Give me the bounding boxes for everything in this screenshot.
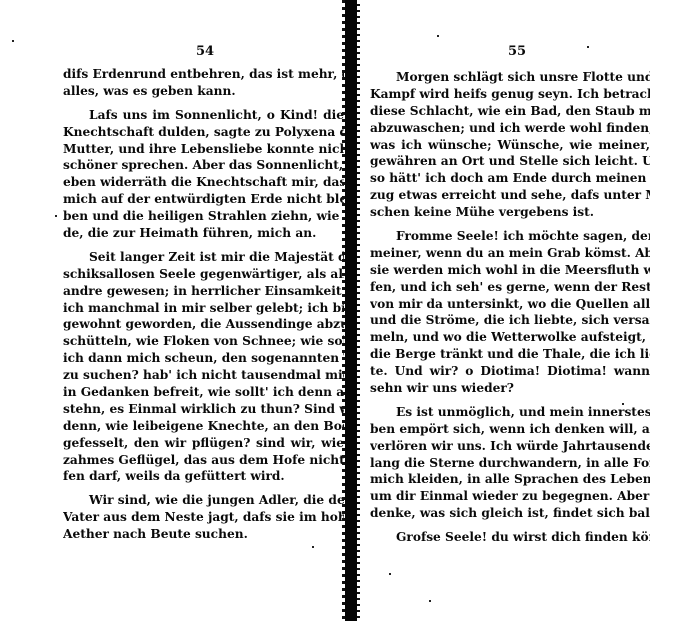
scan-speck	[587, 46, 589, 48]
text-line: so hätt' ich doch am Ende durch meinen F…	[370, 170, 650, 187]
text-line: verlören wir uns. Ich würde Jahrtausende	[370, 438, 650, 455]
left-page-text: difs Erdenrund entbehren, das ist mehr, …	[63, 66, 344, 550]
text-line: in Gedanken befreit, wie sollt' ich denn…	[63, 384, 344, 401]
paragraph: Seit langer Zeit ist mir die Majestät de…	[63, 249, 344, 485]
text-line: lang die Sterne durchwandern, in alle Fo…	[370, 455, 650, 472]
text-line: alles, was es geben kann.	[63, 83, 344, 100]
text-line: eben widerräth die Knechtschaft mir, das…	[63, 174, 344, 191]
text-line: Wir sind, wie die jungen Adler, die der	[63, 492, 344, 509]
text-line: sehn wir uns wieder?	[370, 380, 650, 397]
text-line: Es ist unmöglich, und mein innerstes Le-	[370, 404, 650, 421]
text-line: Fromme Seele! ich möchte sagen, denke	[370, 228, 650, 245]
text-line: Seit langer Zeit ist mir die Majestät de…	[63, 249, 344, 266]
text-line: meln, und wo die Wetterwolke aufsteigt, …	[370, 329, 650, 346]
text-line: ben und die heiligen Strahlen ziehn, wie…	[63, 208, 344, 225]
text-line: denke, was sich gleich ist, findet sich …	[370, 505, 650, 522]
text-line: die Berge tränkt und die Thale, die ich …	[370, 346, 650, 363]
text-line: fen, und ich seh' es gerne, wenn der Res…	[370, 279, 650, 296]
text-line: gewähren an Ort und Stelle sich leicht. …	[370, 153, 650, 170]
scan-speck	[437, 35, 439, 37]
text-line: schen keine Mühe vergebens ist.	[370, 204, 650, 221]
text-line: von mir da untersinkt, wo die Quellen al…	[370, 296, 650, 313]
text-line: Aether nach Beute suchen.	[63, 526, 344, 543]
text-line: ich dann mich scheun, den sogenannten To…	[63, 350, 344, 367]
text-line: zahmes Geflügel, das aus dem Hofe nicht …	[63, 452, 344, 469]
scan-speck	[622, 403, 624, 405]
scan-speck	[55, 215, 57, 217]
text-line: Morgen schlägt sich unsre Flotte und der	[370, 69, 650, 86]
text-line: was ich wünsche; Wünsche, wie meiner,	[370, 137, 650, 154]
book-spread: 54 difs Erdenrund entbehren, das ist meh…	[0, 0, 698, 621]
text-line: zug etwas erreicht und sehe, dafs unter …	[370, 187, 650, 204]
text-line: schöner sprechen. Aber das Sonnenlicht, …	[63, 157, 344, 174]
paragraph: Es ist unmöglich, und mein innerstes Le-…	[370, 404, 650, 522]
scan-speck	[312, 546, 314, 548]
text-line: gewohnt geworden, die Aussendinge abzu-	[63, 316, 344, 333]
text-line: andre gewesen; in herrlicher Einsamkeit …	[63, 283, 344, 300]
text-line: abzuwaschen; und ich werde wohl finden,	[370, 120, 650, 137]
book-spine-gutter	[345, 0, 357, 621]
right-page: 55 Morgen schlägt sich unsre Flotte und …	[358, 0, 698, 621]
text-line: schiksallosen Seele gegenwärtiger, als a…	[63, 266, 344, 283]
text-line: te. Und wir? o Diotima! Diotima! wann	[370, 363, 650, 380]
text-line: fen darf, weils da gefüttert wird.	[63, 468, 344, 485]
text-line: Grofse Seele! du wirst dich finden kön-	[370, 529, 650, 546]
text-line: difs Erdenrund entbehren, das ist mehr, …	[63, 66, 344, 83]
text-line: und die Ströme, die ich liebte, sich ver…	[370, 312, 650, 329]
right-page-text: Morgen schlägt sich unsre Flotte und der…	[370, 69, 650, 553]
scan-speck	[389, 573, 391, 575]
text-line: Mutter, und ihre Lebensliebe konnte nich…	[63, 141, 344, 158]
text-line: stehn, es Einmal wirklich zu thun? Sind …	[63, 401, 344, 418]
text-line: meiner, wenn du an mein Grab kömst. Aber	[370, 245, 650, 262]
text-line: zu suchen? hab' ich nicht tausendmal mic…	[63, 367, 344, 384]
scan-speck	[429, 600, 431, 602]
text-line: gefesselt, den wir pflügen? sind wir, wi…	[63, 435, 344, 452]
text-line: de, die zur Heimath führen, mich an.	[63, 225, 344, 242]
paragraph: Grofse Seele! du wirst dich finden kön-	[370, 529, 650, 546]
text-line: denn, wie leibeigene Knechte, an den Bod…	[63, 418, 344, 435]
text-line: mich auf der entwürdigten Erde nicht ble…	[63, 191, 344, 208]
paragraph: difs Erdenrund entbehren, das ist mehr, …	[63, 66, 344, 100]
scan-speck	[12, 40, 14, 42]
text-line: mich kleiden, in alle Sprachen des Leben…	[370, 471, 650, 488]
text-line: Vater aus dem Neste jagt, dafs sie im ho…	[63, 509, 344, 526]
text-line: ich manchmal in mir selber gelebt; ich b…	[63, 300, 344, 317]
text-line: Kampf wird heifs genug seyn. Ich betrach…	[370, 86, 650, 103]
text-line: sie werden mich wohl in die Meersfluth w…	[370, 262, 650, 279]
text-line: schütteln, wie Floken von Schnee; wie so…	[63, 333, 344, 350]
paragraph: Fromme Seele! ich möchte sagen, denkemei…	[370, 228, 650, 397]
left-page: 54 difs Erdenrund entbehren, das ist meh…	[0, 0, 346, 621]
paragraph: Lafs uns im Sonnenlicht, o Kind! dieKnec…	[63, 107, 344, 242]
text-line: Lafs uns im Sonnenlicht, o Kind! die	[63, 107, 344, 124]
page-number-left: 54	[196, 44, 214, 59]
paragraph: Wir sind, wie die jungen Adler, die derV…	[63, 492, 344, 543]
paragraph: Morgen schlägt sich unsre Flotte und der…	[370, 69, 650, 221]
text-line: um dir Einmal wieder zu begegnen. Aber i…	[370, 488, 650, 505]
text-line: ben empört sich, wenn ich denken will, a…	[370, 421, 650, 438]
text-line: diese Schlacht, wie ein Bad, den Staub m…	[370, 103, 650, 120]
text-line: Knechtschaft dulden, sagte zu Polyxena d…	[63, 124, 344, 141]
page-number-right: 55	[508, 44, 526, 59]
